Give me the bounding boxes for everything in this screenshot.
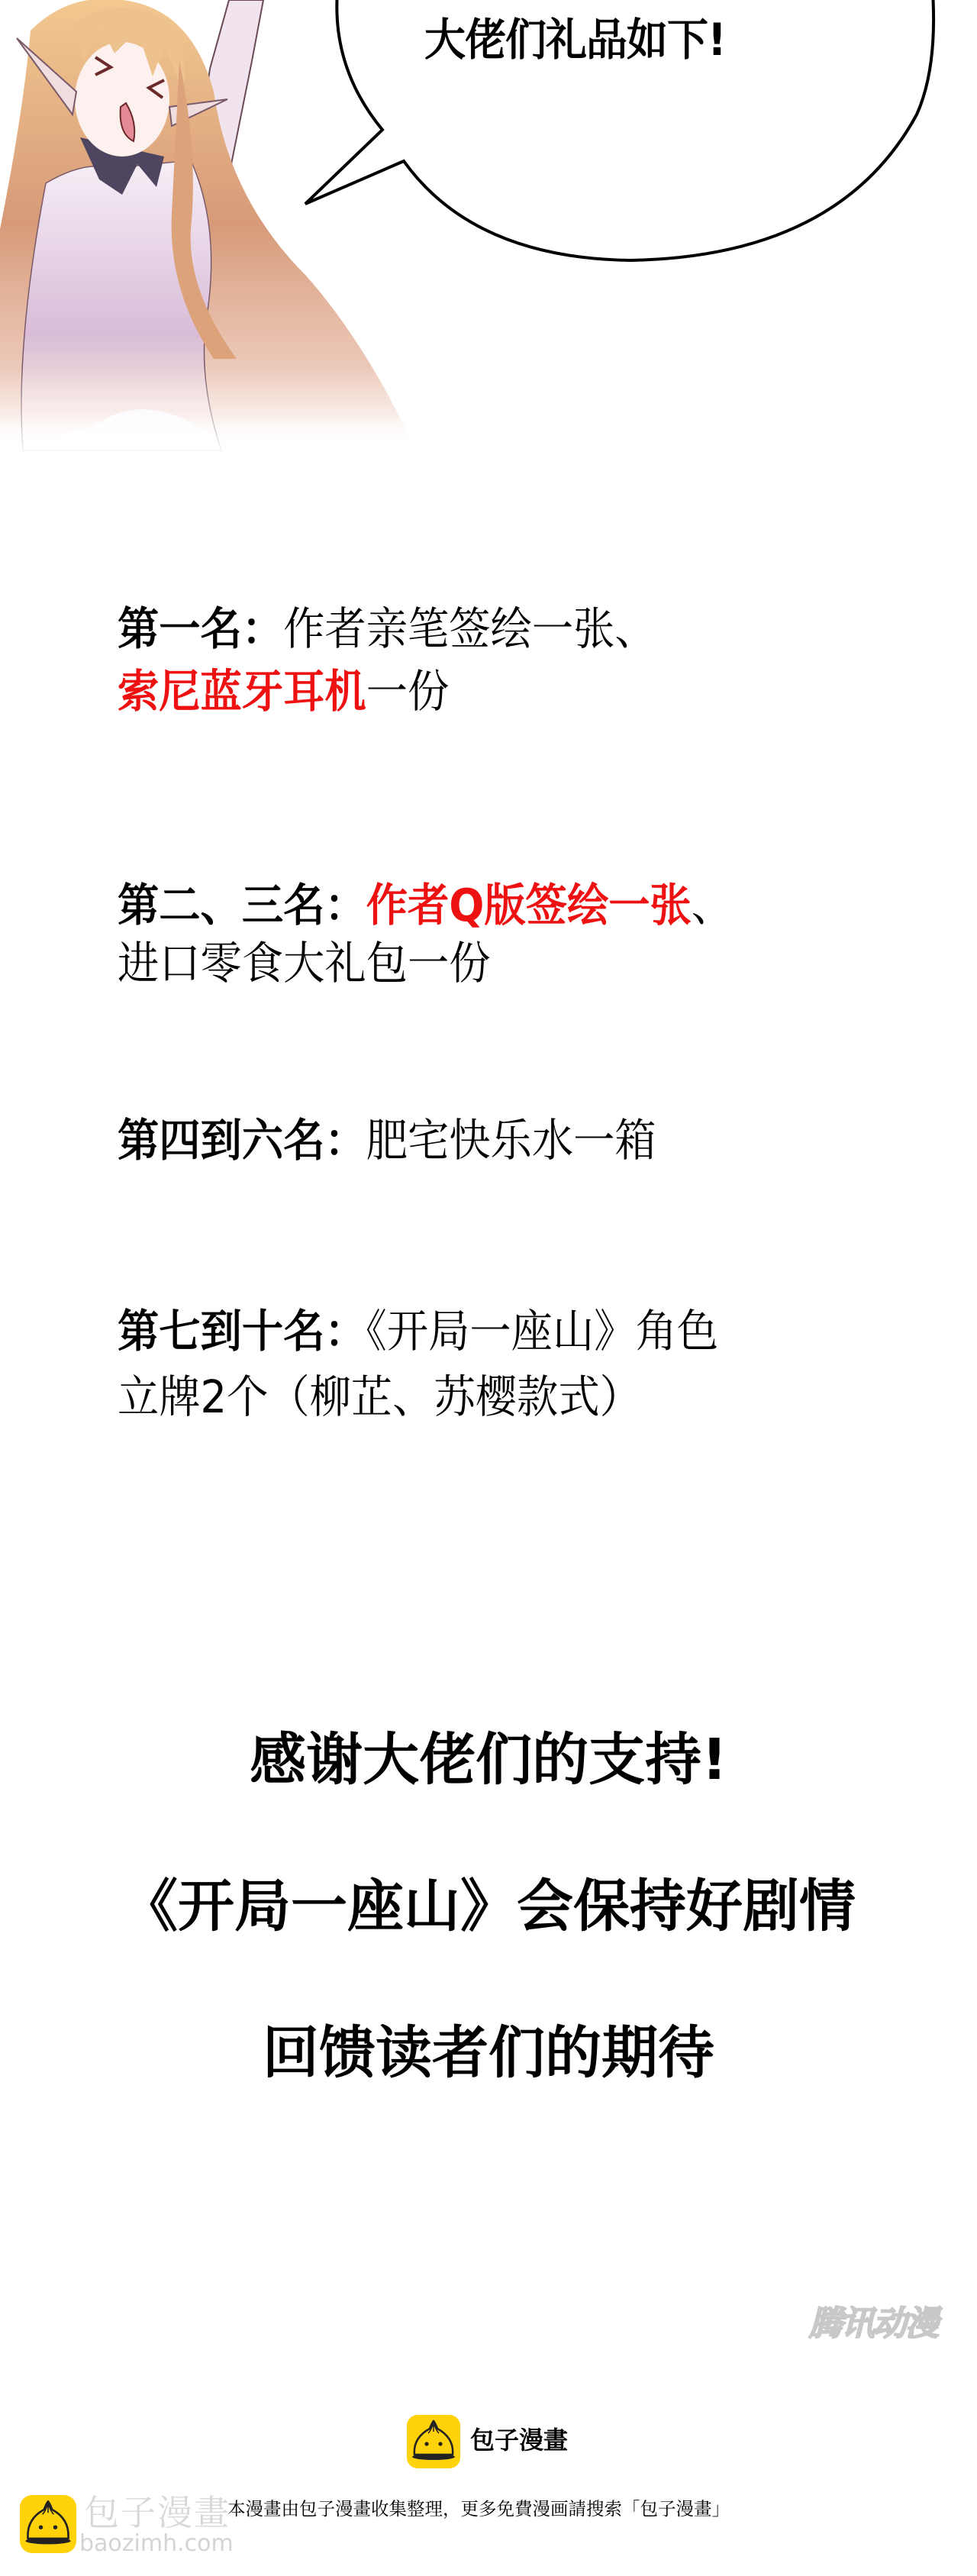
prize-4-line-2: 立牌2个（柳芷、苏樱款式） xyxy=(118,1370,641,1425)
prize-rank: 第七到十名： xyxy=(118,1305,366,1357)
prize-2-line-1: 第二、三名：作者Q版签绘一张、 xyxy=(118,878,733,933)
thanks-line-3: 回馈读者们的期待 xyxy=(0,2019,977,2087)
tencent-watermark-text: 腾讯动漫 xyxy=(809,2304,937,2343)
thanks-line-1: 感谢大佬们的支持! xyxy=(0,1725,977,1794)
prize-2-line-2: 进口零食大礼包一份 xyxy=(118,936,491,991)
prize-rank: 第一名： xyxy=(118,602,283,655)
prize-desc: 立牌2个（柳芷、苏樱款式） xyxy=(118,1370,641,1423)
prize-desc: 一份 xyxy=(366,665,450,718)
footer-brand-name: 包子漫畫 xyxy=(470,2422,568,2458)
prize-desc: 肥宅快乐水一箱 xyxy=(366,1114,656,1167)
prize-1-line-2: 索尼蓝牙耳机一份 xyxy=(118,664,449,719)
prize-desc: 进口零食大礼包一份 xyxy=(118,937,491,989)
prize-3-line-1: 第四到六名：肥宅快乐水一箱 xyxy=(118,1113,656,1168)
prize-desc: 、 xyxy=(692,879,733,931)
watermark-site-url: baozimh.com xyxy=(79,2530,234,2558)
prize-highlight: 作者Q版签绘一张 xyxy=(366,879,692,931)
prize-rank: 第二、三名： xyxy=(118,879,366,931)
prize-desc: 《开局一座山》角色 xyxy=(366,1305,718,1357)
prize-1-line-1: 第一名：作者亲笔签绘一张、 xyxy=(118,602,656,657)
watermark-site-name: 包子漫畫 xyxy=(84,2490,231,2535)
prize-4-line-1: 第七到十名：《开局一座山》角色 xyxy=(118,1304,718,1359)
footer-caption: 本漫畫由包子漫畫收集整理，更多免費漫画請搜索「包子漫畫」 xyxy=(227,2495,730,2523)
tencent-comics-watermark: 腾讯动漫 xyxy=(809,2301,962,2347)
prize-desc: 作者亲笔签绘一张、 xyxy=(283,602,656,655)
prize-highlight: 索尼蓝牙耳机 xyxy=(118,665,366,718)
speech-bubble-text: 大佬们礼品如下! xyxy=(424,5,765,75)
baozi-watermark-logo-icon xyxy=(20,2495,76,2553)
prize-rank: 第四到六名： xyxy=(118,1114,366,1167)
thanks-line-2: 《开局一座山》会保持好剧情 xyxy=(0,1872,977,1941)
baozi-logo-icon xyxy=(407,2415,460,2468)
